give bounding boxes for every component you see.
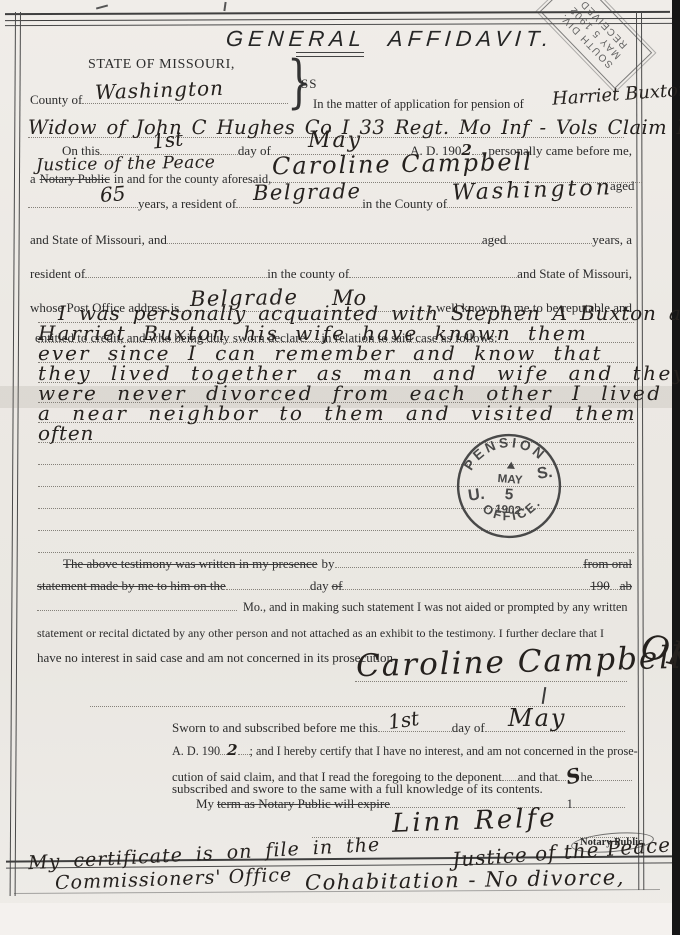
certify-line: ; and I hereby certify that I have no in… [250, 744, 638, 759]
state-and-row: and State of Missouri, and aged years, a [30, 232, 632, 248]
stamp-day-text: 5 [504, 486, 514, 504]
years-resident-label: years, a resident of [138, 196, 236, 212]
jurat-year-rule2 [238, 751, 250, 755]
testimony-blank-rule2 [226, 586, 310, 590]
scan-bottom-lightening [0, 903, 672, 935]
testimony-struck-intro: The above testimony was written in my pr… [63, 556, 318, 572]
blank-residence2-rule [85, 274, 267, 278]
blank-age2-rule [506, 240, 592, 244]
testimony-blank-rule [335, 564, 584, 568]
pension-office-stamp: PENSION OFFICE. U. S. MAY 5 1902 [446, 423, 572, 549]
expire-rule2 [573, 804, 625, 808]
jurat-ad-label: A. D. 190 [172, 744, 220, 759]
of-struck: of [332, 578, 343, 594]
pensioner-name-handwriting: Harriet Buxton [551, 79, 680, 110]
left-border [10, 12, 21, 896]
stray-mark-dash [96, 4, 108, 9]
stray-mark-tick [223, 2, 226, 11]
testimony-row-1: The above testimony was written in my pr… [63, 556, 632, 572]
in-the-county-label: in the county of [267, 266, 349, 282]
residence-value-handwriting: Belgrade [253, 179, 362, 205]
sworn-day-handwriting: 1st [386, 706, 420, 734]
day-of-label: day of [238, 143, 271, 159]
statement-line: I was personally acquainted with Stephen… [38, 301, 634, 323]
stamp-year-text: 1902 [495, 503, 522, 518]
subscribed-line: subscribed and swore to the same with a … [172, 781, 543, 797]
resident-of-label: resident of [30, 266, 85, 282]
testimony-blank-rule3 [342, 586, 590, 590]
jurat-year-handwriting: 2 [227, 741, 237, 759]
blank-county3-rule [349, 274, 517, 278]
affidavit-page: SOUTH DIV. MAY 5 1902 RECEIVED GENERAL A… [0, 0, 680, 935]
resident2-row: resident of in the county of and State o… [30, 266, 632, 282]
statement-line: they lived together as man and wife and … [38, 361, 634, 383]
recital-line: statement or recital dictated by any oth… [37, 626, 604, 641]
day-value-handwriting: 1st [151, 126, 184, 153]
statement-line: a near neighbor to them and visited them [38, 401, 634, 423]
she-rule [558, 777, 566, 781]
blank-name2-rule [167, 240, 482, 244]
stamp-triangle-icon [507, 461, 516, 469]
scan-edge-strip [672, 0, 680, 935]
state-and-label: and State of Missouri, and [30, 232, 167, 248]
aged-label: aged [610, 178, 635, 194]
affiant-name-handwriting: Caroline Campbell [272, 148, 533, 181]
sworn-month-handwriting: May [508, 704, 566, 732]
term-struck: term as Notary Public will expire [217, 796, 390, 812]
page-title: GENERAL AFFIDAVIT. [225, 26, 554, 52]
sworn-label: Sworn to and subscribed before me this [172, 720, 378, 736]
matter-label: In the matter of application for pension… [313, 97, 524, 112]
county-value-handwriting: Washington [95, 76, 225, 104]
affiant-signature-handwriting: Caroline Campbell [356, 640, 680, 685]
from-oral-struck: from oral [583, 556, 632, 572]
mo-row: Mo., and in making such statement I was … [37, 600, 632, 615]
year190-struck: 190 [590, 578, 610, 594]
certify-row: A. D. 190 2 ; and I hereby certify that … [172, 741, 632, 759]
in-county-label: in the County of [362, 196, 447, 212]
officer-signature-handwriting: Linn Relfe [392, 803, 559, 839]
county-label: County of [30, 92, 82, 108]
day-label2: day [310, 578, 329, 594]
pen-stroke-mark [542, 687, 547, 704]
testimony-blank-rule4 [610, 586, 620, 590]
he-trailing-rule [592, 777, 632, 781]
aged2-label: aged [482, 232, 507, 248]
a-label: a [30, 172, 36, 187]
sworn-day-of-label: day of [452, 720, 485, 736]
stamp-u-text: U. [467, 485, 486, 505]
month-value-handwriting: May [308, 128, 362, 153]
stamp-month-text: MAY [497, 472, 523, 487]
state-heading: STATE OF MISSOURI, [88, 57, 235, 73]
mo-line: Mo., and in making such statement I was … [243, 600, 628, 615]
testimony-row-2: statement made by me to him on the day o… [37, 578, 632, 594]
years-a-label: years, a [592, 232, 632, 248]
age-value-handwriting: 65 [99, 181, 126, 207]
ss-label: SS [301, 76, 317, 92]
statement-line: Harriet Buxton his wife have known them [38, 321, 634, 343]
by-label: by [322, 556, 335, 572]
statement-line: ever since I can remember and know that [38, 341, 634, 363]
s-handwriting: S [564, 763, 583, 789]
statement-line: were never divorced from each other I li… [38, 381, 634, 403]
mo-blank-rule [37, 607, 237, 611]
my-label: My [196, 796, 214, 812]
aforesaid-label: in and for the county aforesaid, [114, 172, 271, 187]
pension-stamp-graphic: PENSION OFFICE. U. S. MAY 5 1902 [446, 423, 572, 549]
ab-struck: ab [620, 578, 632, 594]
and-state-label: and State of Missouri, [517, 266, 632, 282]
stamp-s-text: S. [536, 463, 554, 483]
no-interest-line: have no interest in said case and am not… [37, 650, 393, 666]
testimony-struck-statement: statement made by me to him on the [37, 578, 226, 594]
